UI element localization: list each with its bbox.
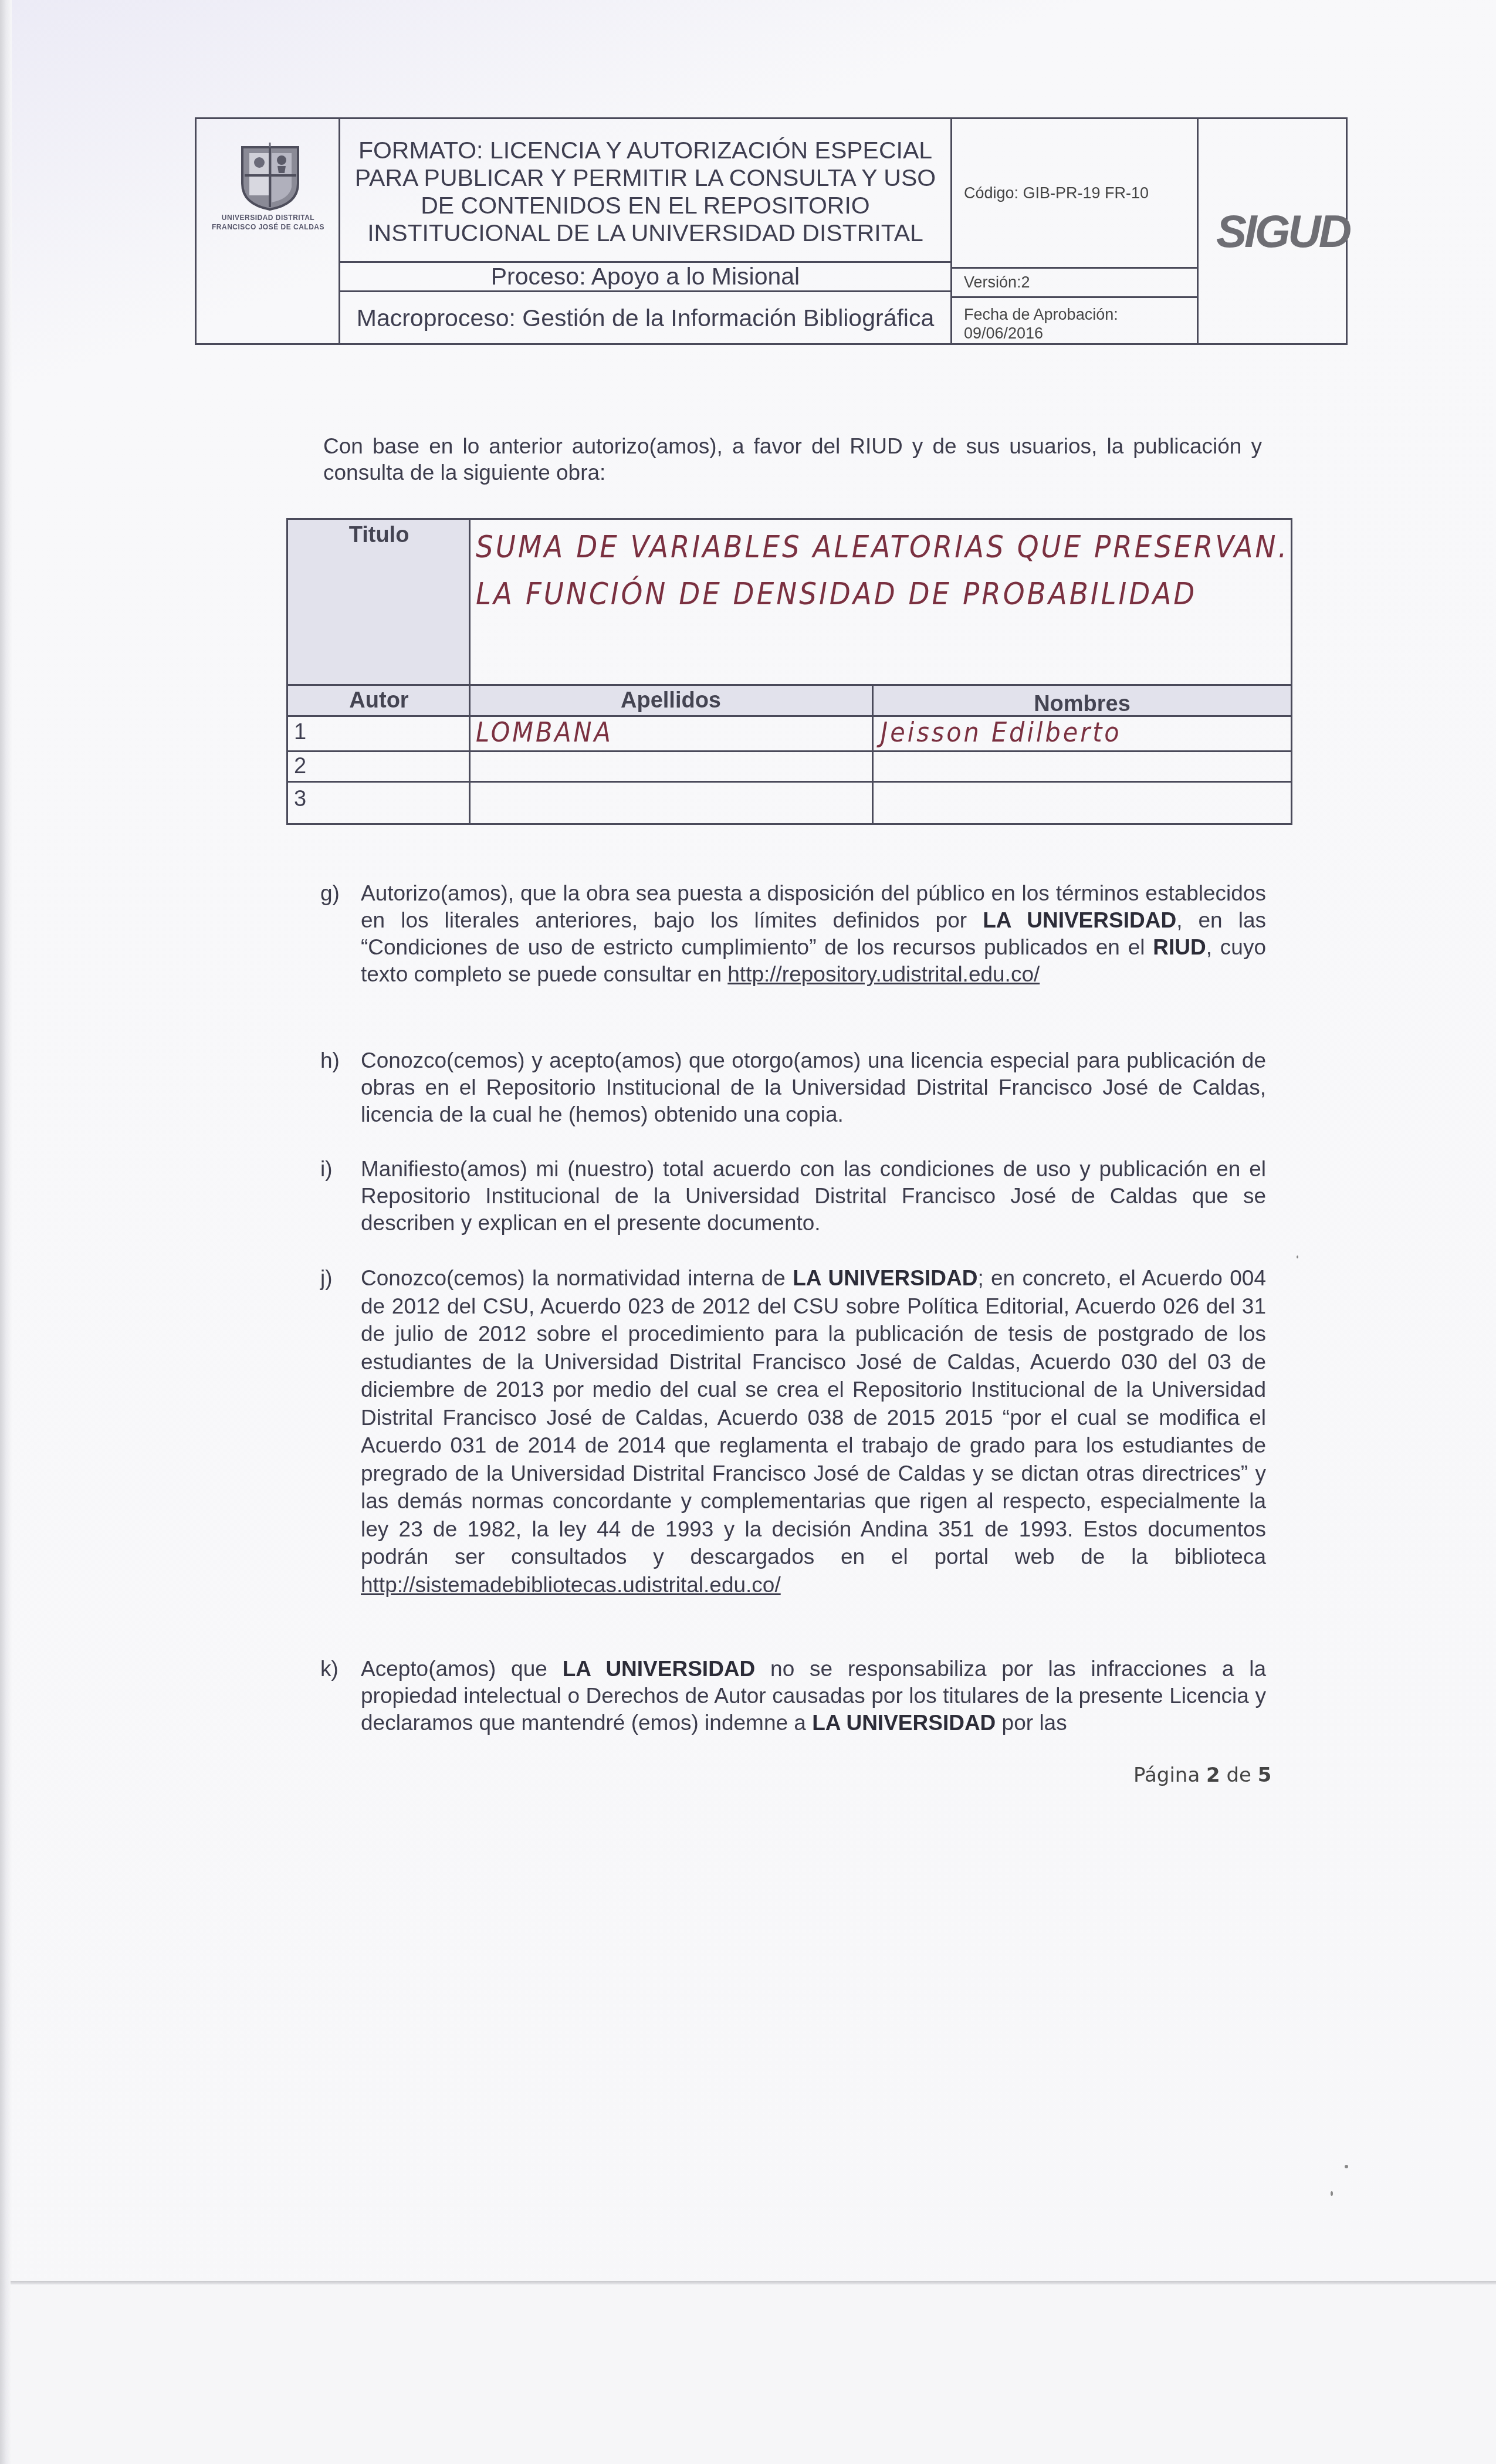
surnames-label: Apellidos bbox=[470, 688, 872, 713]
clause-letter: k) bbox=[320, 1656, 339, 1683]
author-names: Jeisson Edilberto bbox=[881, 716, 1122, 748]
names-label: Nombres bbox=[874, 692, 1291, 717]
scan-edge-bottom bbox=[11, 2281, 1496, 2284]
clause-body: Acepto(amos) que LA UNIVERSIDAD no se re… bbox=[361, 1656, 1266, 1737]
university-crest-icon bbox=[236, 143, 304, 212]
logo-caption: UNIVERSIDAD DISTRITAL FRANCISCO JOSÉ DE … bbox=[200, 213, 336, 232]
approval-date-label: Fecha de Aprobación: bbox=[964, 305, 1197, 324]
scan-edge-left bbox=[0, 0, 11, 2464]
author-row-number: 1 bbox=[294, 720, 306, 745]
clause-j: j) Conozco(cemos) la normatividad intern… bbox=[320, 1264, 1266, 1599]
rule bbox=[288, 684, 1291, 686]
clause-body: Conozco(cemos) y acepto(amos) que otorgo… bbox=[361, 1047, 1266, 1128]
rule bbox=[288, 518, 1291, 520]
work-title-line2: LA FUNCIÓN DE DENSIDAD DE PROBABILIDAD bbox=[476, 577, 1197, 612]
author-row-number: 2 bbox=[294, 754, 306, 779]
work-title-line1: SUMA DE VARIABLES ALEATORIAS QUE PRESERV… bbox=[476, 530, 1289, 565]
author-label: Autor bbox=[288, 688, 470, 713]
author-row-number: 3 bbox=[294, 787, 306, 812]
approval-date-value: 09/06/2016 bbox=[964, 324, 1197, 343]
rule bbox=[288, 750, 1291, 752]
sigud-logo: SIGUD bbox=[1216, 205, 1349, 258]
scan-speck bbox=[1345, 2165, 1348, 2168]
intro-paragraph: Con base en lo anterior autorizo(amos), … bbox=[323, 433, 1262, 486]
scan-speck bbox=[1297, 1255, 1298, 1258]
clause-letter: g) bbox=[320, 880, 340, 907]
repository-link[interactable]: http://repository.udistrital.edu.co/ bbox=[727, 962, 1040, 986]
rule bbox=[288, 823, 1291, 825]
brand-cell: SIGUD bbox=[1197, 119, 1346, 343]
clause-i: i) Manifiesto(amos) mi (nuestro) total a… bbox=[320, 1156, 1266, 1237]
logo-cell: UNIVERSIDAD DISTRITAL FRANCISCO JOSÉ DE … bbox=[197, 119, 340, 343]
clause-k: k) Acepto(amos) que LA UNIVERSIDAD no se… bbox=[320, 1656, 1266, 1737]
clause-body: Autorizo(amos), que la obra sea puesta a… bbox=[361, 880, 1266, 988]
title-label: Titulo bbox=[288, 523, 470, 548]
page-number: Página 2 de 5 bbox=[1133, 1764, 1272, 1787]
clause-body: Manifiesto(amos) mi (nuestro) total acue… bbox=[361, 1156, 1266, 1237]
rule bbox=[469, 518, 471, 825]
clause-g: g) Autorizo(amos), que la obra sea puest… bbox=[320, 880, 1266, 988]
macroprocess-label: Macroproceso: Gestión de la Información … bbox=[340, 292, 950, 343]
form-title: FORMATO: LICENCIA Y AUTORIZACIÓN ESPECIA… bbox=[340, 119, 950, 263]
scan-speck bbox=[1331, 2191, 1333, 2196]
work-table: Titulo SUMA DE VARIABLES ALEATORIAS QUE … bbox=[286, 518, 1292, 825]
library-link[interactable]: http://sistemadebibliotecas.udistrital.e… bbox=[361, 1573, 781, 1597]
clause-letter: h) bbox=[320, 1047, 340, 1074]
rule bbox=[288, 781, 1291, 783]
author-surnames: LOMBANA bbox=[476, 716, 613, 748]
clause-letter: j) bbox=[320, 1264, 333, 1292]
header-table: UNIVERSIDAD DISTRITAL FRANCISCO JOSÉ DE … bbox=[195, 117, 1348, 345]
process-label: Proceso: Apoyo a lo Misional bbox=[340, 263, 950, 292]
clause-body: Conozco(cemos) la normatividad interna d… bbox=[361, 1264, 1266, 1599]
clause-letter: i) bbox=[320, 1156, 333, 1183]
form-code: Código: GIB-PR-19 FR-10 bbox=[950, 119, 1197, 269]
form-version: Versión:2 bbox=[950, 269, 1197, 298]
approval-date-cell: Fecha de Aprobación: 09/06/2016 bbox=[950, 298, 1197, 343]
clause-h: h) Conozco(cemos) y acepto(amos) que oto… bbox=[320, 1047, 1266, 1128]
